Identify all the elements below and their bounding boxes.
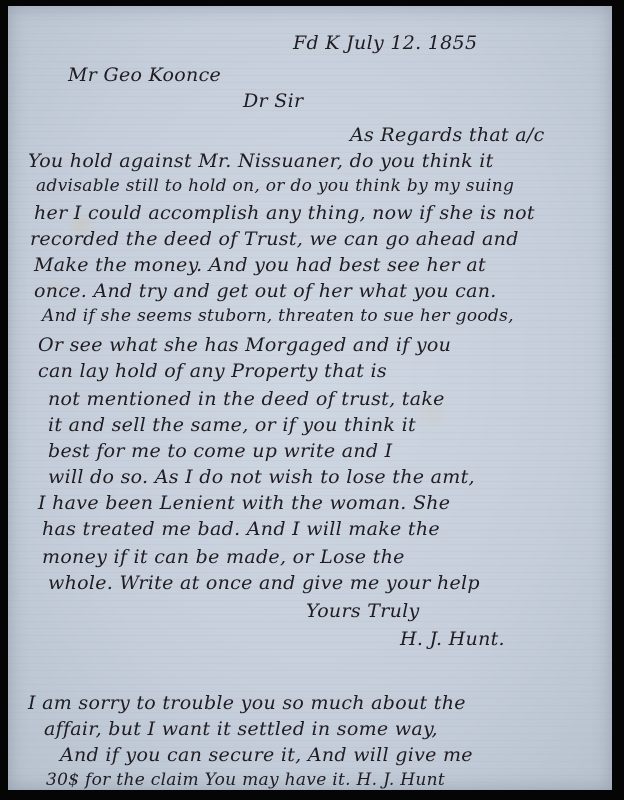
body-line: You hold against Mr. Nissuaner, do you t…: [28, 150, 494, 172]
body-line: can lay hold of any Property that is: [38, 360, 387, 382]
body-line: her I could accomplish any thing, now if…: [34, 202, 535, 224]
body-line: it and sell the same, or if you think it: [48, 414, 416, 436]
body-line: money if it can be made, or Lose the: [42, 546, 405, 568]
body-line: whole. Write at once and give me your he…: [48, 572, 480, 594]
salutation: Dr Sir: [243, 90, 303, 112]
signature: H. J. Hunt.: [400, 628, 505, 650]
body-line: advisable still to hold on, or do you th…: [36, 176, 514, 196]
body-line: once. And try and get out of her what yo…: [34, 280, 497, 302]
recipient: Mr Geo Koonce: [68, 64, 221, 86]
postscript-line: 30$ for the claim You may have it. H. J.…: [46, 770, 445, 790]
body-line: Or see what she has Morgaged and if you: [38, 334, 451, 356]
body-line: Make the money. And you had best see her…: [34, 254, 486, 276]
postscript-line: affair, but I want it settled in some wa…: [44, 718, 438, 740]
postscript-line: I am sorry to trouble you so much about …: [28, 692, 466, 714]
body-line: best for me to come up write and I: [48, 440, 392, 462]
body-line: will do so. As I do not wish to lose the…: [48, 466, 475, 488]
dateline: Fd K July 12. 1855: [293, 32, 477, 54]
closing: Yours Truly: [306, 600, 420, 622]
body-line: has treated me bad. And I will make the: [42, 518, 440, 540]
letter-page: Fd K July 12. 1855 Mr Geo Koonce Dr Sir …: [8, 6, 612, 790]
body-line: As Regards that a/c: [350, 124, 545, 146]
postscript-line: And if you can secure it, And will give …: [60, 744, 473, 766]
body-line: I have been Lenient with the woman. She: [38, 492, 450, 514]
body-line: recorded the deed of Trust, we can go ah…: [30, 228, 519, 250]
body-line: not mentioned in the deed of trust, take: [48, 388, 445, 410]
body-line: And if she seems stuborn, threaten to su…: [42, 306, 514, 326]
